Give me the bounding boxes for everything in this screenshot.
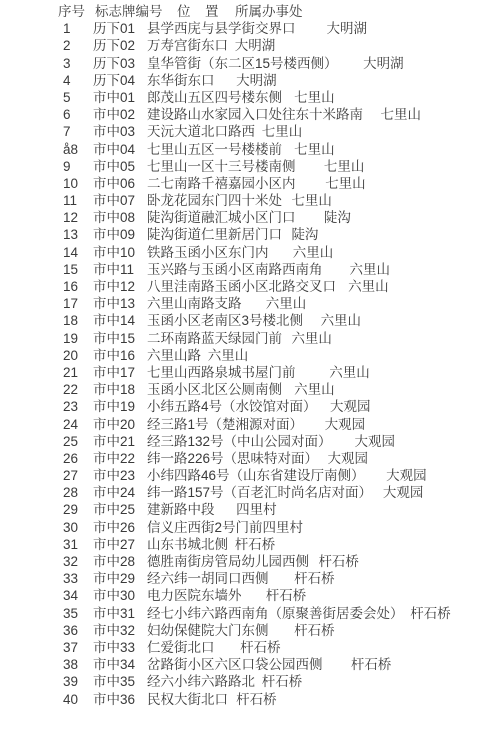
row-location: 玉兴路与玉函小区南路西南角六里山 xyxy=(147,261,390,278)
row-gap-spacer xyxy=(255,135,262,136)
row-location-text: 岔路街小区六区口袋公园西侧 xyxy=(147,657,323,672)
row-sign-id: 市中32 xyxy=(93,622,135,639)
row-sign-id: 市中18 xyxy=(93,381,135,398)
row-serial-number: 11 xyxy=(63,192,77,209)
table-row: 31 市中27 山东书城北侧杆石桥 xyxy=(0,536,499,553)
row-sign-id: 历下03 xyxy=(93,55,135,72)
row-office: 六里山 xyxy=(294,382,335,397)
row-office: 大明湖 xyxy=(363,56,404,71)
row-office: 大观园 xyxy=(330,399,371,414)
table-row: 6 市中02 建设路山水家园入口处往东十米路南七里山 xyxy=(0,106,499,123)
table-rows: 1 历下01 县学西庑与县学街交界口大明湖 2 历下02 万寿宫街东口大明湖 3… xyxy=(0,20,499,708)
row-serial-number: 25 xyxy=(63,433,78,450)
row-serial-number: 17 xyxy=(63,295,78,312)
row-sign-id: 市中36 xyxy=(93,691,135,708)
row-location-text: 六里山南路支路 xyxy=(147,296,242,311)
row-location-text: 郎茂山五区四号楼东侧 xyxy=(147,90,282,105)
row-sign-id: 市中20 xyxy=(93,416,135,433)
row-location: 仁爱街北口杆石桥 xyxy=(147,639,281,656)
row-serial-number: 12 xyxy=(63,209,78,226)
row-location-text: 仁爱街北口 xyxy=(147,640,215,655)
row-location-text: 建新路中段 xyxy=(147,502,215,517)
row-serial-number: 13 xyxy=(63,226,78,243)
row-office: 七里山 xyxy=(381,107,422,122)
row-office: 四里村 xyxy=(236,502,277,517)
row-sign-id: 市中30 xyxy=(93,587,135,604)
table-row: 22 市中18 玉函小区北区公厕南侧六里山 xyxy=(0,381,499,398)
row-sign-id: 市中33 xyxy=(93,639,135,656)
row-location-text: 经六纬一胡同口西侧 xyxy=(147,571,269,586)
row-serial-number: 34 xyxy=(63,587,78,604)
table-row: 17 市中13 六里山南路支路六里山 xyxy=(0,295,499,312)
row-office: 杆石桥 xyxy=(410,606,451,621)
row-gap-spacer xyxy=(365,479,387,480)
row-serial-number: 21 xyxy=(63,364,78,381)
row-gap-spacer xyxy=(269,256,293,257)
table-row: 20 市中16 六里山路六里山 xyxy=(0,347,499,364)
table-row: 2 历下02 万寿宫街东口大明湖 xyxy=(0,37,499,54)
row-gap-spacer xyxy=(269,634,295,635)
row-location-text: 玉函小区北区公厕南侧 xyxy=(147,382,282,397)
row-sign-id: 历下01 xyxy=(93,20,135,37)
row-gap-spacer xyxy=(269,582,295,583)
row-serial-number: 4 xyxy=(63,72,71,89)
table-row: 1 历下01 县学西庑与县学街交界口大明湖 xyxy=(0,20,499,37)
table-row: 24 市中20 经三路1号（楚湘源对面）大观园 xyxy=(0,416,499,433)
table-row: 34 市中30 电力医院东墙外杆石桥 xyxy=(0,587,499,604)
row-location-text: 陡沟街道仁里新居门口 xyxy=(147,227,282,242)
row-sign-id: 市中03 xyxy=(93,123,135,140)
row-location-text: 七里山一区十三号楼南侧 xyxy=(147,159,296,174)
row-location-text: 小纬四路46号（山东省建设厅南侧） xyxy=(147,468,365,483)
row-location-text: 天沅大道北口路西 xyxy=(147,124,255,139)
row-location: 纬一路157号（百老汇时尚名店对面）大观园 xyxy=(147,484,423,501)
row-sign-id: 市中15 xyxy=(93,330,135,347)
row-serial-number: 38 xyxy=(63,656,78,673)
table-row: 30 市中26 信义庄西街2号门前四里村 xyxy=(0,519,499,536)
row-sign-id: 历下02 xyxy=(93,37,135,54)
row-office: 大观园 xyxy=(325,417,366,432)
table-row: 19 市中15 二环南路蓝天绿园门前六里山 xyxy=(0,330,499,347)
table-row: 18 市中14 玉函小区老南区3号楼北侧六里山 xyxy=(0,312,499,329)
row-location: 铁路玉函小区东门内六里山 xyxy=(147,244,333,261)
row-gap-spacer xyxy=(242,599,266,600)
row-office: 大明湖 xyxy=(236,73,277,88)
row-gap-spacer xyxy=(296,32,327,33)
row-location: 万寿宫街东口大明湖 xyxy=(147,37,275,54)
row-gap-spacer xyxy=(303,324,321,325)
row-sign-id: 市中13 xyxy=(93,295,135,312)
row-office: 杆石桥 xyxy=(262,674,303,689)
table-row: 10 市中06 二七南路千禧嘉园小区内七里山 xyxy=(0,175,499,192)
row-gap-spacer xyxy=(228,49,235,50)
row-office: 杆石桥 xyxy=(266,588,307,603)
row-sign-id: 市中11 xyxy=(93,261,134,278)
table-row: 16 市中12 八里洼南路玉函小区北路交叉口六里山 xyxy=(0,278,499,295)
row-location-text: 县学西庑与县学街交界口 xyxy=(147,21,296,36)
row-sign-id: 市中07 xyxy=(93,192,135,209)
table-row: 38 市中34 岔路街小区六区口袋公园西侧杆石桥 xyxy=(0,656,499,673)
row-location: 东华街东口大明湖 xyxy=(147,72,277,89)
header-location-char2: 置 xyxy=(205,3,219,20)
row-gap-spacer xyxy=(323,668,351,669)
row-location: 民权大街北口杆石桥 xyxy=(147,691,277,708)
table-row: 35 市中31 经七小纬六路西南角（原聚善街居委会处）杆石桥 xyxy=(0,605,499,622)
row-location-text: 山东书城北侧 xyxy=(147,537,228,552)
row-office: 六里山 xyxy=(350,262,391,277)
table-row: å8 市中04 七里山五区一号楼楼前七里山 xyxy=(0,141,499,158)
row-serial-number: 7 xyxy=(63,123,71,140)
row-office: 大明湖 xyxy=(235,38,276,53)
row-location-text: 民权大街北口 xyxy=(147,692,228,707)
row-office: 六里山 xyxy=(348,279,389,294)
table-row: 11 市中07 卧龙花园东门四十米处七里山 xyxy=(0,192,499,209)
row-location: 天沅大道北口路西七里山 xyxy=(147,123,302,140)
table-row: 27 市中23 小纬四路46号（山东省建设厅南侧）大观园 xyxy=(0,467,499,484)
row-serial-number: 14 xyxy=(63,244,78,261)
row-serial-number: 24 xyxy=(63,416,78,433)
row-serial-number: 36 xyxy=(63,622,78,639)
row-serial-number: 27 xyxy=(63,467,78,484)
row-sign-id: 市中12 xyxy=(93,278,135,295)
row-location-text: 七里山五区一号楼楼前 xyxy=(147,142,282,157)
row-office: 杆石桥 xyxy=(351,657,392,672)
row-serial-number: 6 xyxy=(63,106,71,123)
row-location-text: 玉函小区老南区3号楼北侧 xyxy=(147,313,303,328)
row-gap-spacer xyxy=(296,187,326,188)
table-header: 序号 标志牌编号 位 置 所属办事处 xyxy=(0,3,499,20)
row-serial-number: 5 xyxy=(63,89,71,106)
table-row: 12 市中08 陡沟街道融汇城小区门口陡沟 xyxy=(0,209,499,226)
table-row: 23 市中19 小纬五路4号（水饺馆对面）大观园 xyxy=(0,398,499,415)
row-sign-id: 市中05 xyxy=(93,158,135,175)
header-serial-number: 序号 xyxy=(58,3,85,20)
table-row: 32 市中28 德胜南街房管局幼儿园西侧杆石桥 xyxy=(0,553,499,570)
table-row: 3 历下03 皇华管街（东二区15号楼西侧）大明湖 xyxy=(0,55,499,72)
row-sign-id: 市中19 xyxy=(93,398,135,415)
row-location: 七里山一区十三号楼南侧七里山 xyxy=(147,158,364,175)
row-sign-id: 市中24 xyxy=(93,484,135,501)
row-location: 六里山南路支路六里山 xyxy=(147,295,306,312)
row-serial-number: 37 xyxy=(63,639,78,656)
table-row: 25 市中21 经三路132号（中山公园对面）大观园 xyxy=(0,433,499,450)
row-office: 大观园 xyxy=(327,451,368,466)
row-location: 陡沟街道仁里新居门口陡沟 xyxy=(147,226,318,243)
sign-location-list-page: 序号 标志牌编号 位 置 所属办事处 1 历下01 县学西庑与县学街交界口大明湖… xyxy=(0,0,499,730)
header-location-char1: 位 xyxy=(177,3,191,20)
row-serial-number: 22 xyxy=(63,381,78,398)
row-office: 六里山 xyxy=(329,365,370,380)
row-location-text: 纬一路157号（百老汇时尚名店对面） xyxy=(147,485,372,500)
row-sign-id: 市中29 xyxy=(93,570,135,587)
row-office: 七里山 xyxy=(262,124,303,139)
row-gap-spacer xyxy=(336,290,348,291)
row-gap-spacer xyxy=(282,153,294,154)
row-serial-number: 31 xyxy=(63,536,78,553)
table-row: 4 历下04 东华街东口大明湖 xyxy=(0,72,499,89)
row-serial-number: 29 xyxy=(63,501,78,518)
row-location-text: 东华街东口 xyxy=(147,73,215,88)
row-location: 信义庄西街2号门前四里村 xyxy=(147,519,303,536)
row-serial-number: 30 xyxy=(63,519,78,536)
row-sign-id: 市中06 xyxy=(93,175,135,192)
row-gap-spacer xyxy=(332,445,355,446)
row-office: 六里山 xyxy=(291,331,332,346)
row-gap-spacer xyxy=(363,118,381,119)
row-serial-number: 39 xyxy=(63,673,78,690)
row-serial-number: 20 xyxy=(63,347,78,364)
table-row: 36 市中32 妇幼保健院大门东侧杆石桥 xyxy=(0,622,499,639)
row-location: 经七小纬六路西南角（原聚善街居委会处）杆石桥 xyxy=(147,605,451,622)
row-location: 八里洼南路玉函小区北路交叉口六里山 xyxy=(147,278,389,295)
row-serial-number: 18 xyxy=(63,312,78,329)
row-office: 杆石桥 xyxy=(236,692,277,707)
row-location: 山东书城北侧杆石桥 xyxy=(147,536,275,553)
row-location-text: 六里山路 xyxy=(147,348,201,363)
table-row: 21 市中17 七里山西路泉城书屋门前六里山 xyxy=(0,364,499,381)
table-row: 26 市中22 纬一路226号（思味特对面）大观园 xyxy=(0,450,499,467)
row-office: 陡沟 xyxy=(324,210,351,225)
row-sign-id: 市中28 xyxy=(93,553,135,570)
row-serial-number: 10 xyxy=(63,175,78,192)
row-gap-spacer xyxy=(372,496,383,497)
table-row: 37 市中33 仁爱街北口杆石桥 xyxy=(0,639,499,656)
row-sign-id: 市中10 xyxy=(93,244,135,261)
row-office: 杆石桥 xyxy=(235,537,276,552)
row-office: 七里山 xyxy=(294,90,335,105)
row-office: 杆石桥 xyxy=(318,554,359,569)
row-sign-id: 市中08 xyxy=(93,209,135,226)
row-sign-id: 市中27 xyxy=(93,536,135,553)
row-serial-number: å8 xyxy=(63,141,78,158)
row-sign-id: 市中35 xyxy=(93,673,135,690)
row-gap-spacer xyxy=(242,307,266,308)
row-location-text: 纬一路226号（思味特对面） xyxy=(147,451,318,466)
row-location-text: 妇幼保健院大门东侧 xyxy=(147,623,269,638)
row-location: 二七南路千禧嘉园小区内七里山 xyxy=(147,175,366,192)
row-sign-id: 市中34 xyxy=(93,656,135,673)
row-gap-spacer xyxy=(228,548,235,549)
row-sign-id: 市中25 xyxy=(93,501,135,518)
row-serial-number: 3 xyxy=(63,55,71,72)
row-gap-spacer xyxy=(303,428,325,429)
row-office: 六里山 xyxy=(293,245,334,260)
table-row: 5 市中01 郎茂山五区四号楼东侧七里山 xyxy=(0,89,499,106)
row-location-text: 玉兴路与玉函小区南路西南角 xyxy=(147,262,323,277)
row-gap-spacer xyxy=(282,393,294,394)
row-serial-number: 26 xyxy=(63,450,78,467)
row-location-text: 经七小纬六路西南角（原聚善街居委会处） xyxy=(147,606,404,621)
row-location-text: 经三路132号（中山公园对面） xyxy=(147,434,332,449)
row-gap-spacer xyxy=(296,170,324,171)
row-serial-number: 33 xyxy=(63,570,78,587)
row-sign-id: 市中22 xyxy=(93,450,135,467)
row-serial-number: 23 xyxy=(63,398,78,415)
row-serial-number: 9 xyxy=(63,158,71,175)
row-location: 经三路1号（楚湘源对面）大观园 xyxy=(147,416,365,433)
row-serial-number: 28 xyxy=(63,484,78,501)
row-serial-number: 40 xyxy=(63,691,78,708)
row-office: 六里山 xyxy=(208,348,249,363)
row-sign-id: 市中02 xyxy=(93,106,135,123)
row-office: 七里山 xyxy=(291,193,332,208)
row-sign-id: 市中17 xyxy=(93,364,135,381)
row-office: 六里山 xyxy=(321,313,362,328)
row-office: 七里山 xyxy=(324,159,365,174)
row-location: 小纬四路46号（山东省建设厅南侧）大观园 xyxy=(147,467,427,484)
row-sign-id: 市中23 xyxy=(93,467,135,484)
row-location: 陡沟街道融汇城小区门口陡沟 xyxy=(147,209,351,226)
row-location: 县学西庑与县学街交界口大明湖 xyxy=(147,20,367,37)
row-sign-id: 市中01 xyxy=(93,89,135,106)
row-location: 经六纬一胡同口西侧杆石桥 xyxy=(147,570,335,587)
row-location: 玉函小区老南区3号楼北侧六里山 xyxy=(147,312,361,329)
row-location-text: 德胜南街房管局幼儿园西侧 xyxy=(147,554,309,569)
row-gap-spacer xyxy=(296,376,330,377)
row-gap-spacer xyxy=(215,513,237,514)
row-location-text: 八里洼南路玉函小区北路交叉口 xyxy=(147,279,336,294)
row-location: 建设路山水家园入口处往东十米路南七里山 xyxy=(147,106,421,123)
table-row: 28 市中24 纬一路157号（百老汇时尚名店对面）大观园 xyxy=(0,484,499,501)
table-row: 15 市中11 玉兴路与玉函小区南路西南角六里山 xyxy=(0,261,499,278)
row-gap-spacer xyxy=(215,84,237,85)
row-office: 七里山 xyxy=(325,176,366,191)
row-sign-id: 市中26 xyxy=(93,519,135,536)
row-sign-id: 市中14 xyxy=(93,312,135,329)
row-location: 德胜南街房管局幼儿园西侧杆石桥 xyxy=(147,553,359,570)
table-row: 33 市中29 经六纬一胡同口西侧杆石桥 xyxy=(0,570,499,587)
row-location-text: 铁路玉函小区东门内 xyxy=(147,245,269,260)
row-gap-spacer xyxy=(296,221,324,222)
header-sign-id: 标志牌编号 xyxy=(95,3,163,20)
row-location: 小纬五路4号（水饺馆对面）大观园 xyxy=(147,398,371,415)
table-row: 9 市中05 七里山一区十三号楼南侧七里山 xyxy=(0,158,499,175)
row-location-text: 二环南路蓝天绿园门前 xyxy=(147,331,282,346)
row-gap-spacer xyxy=(255,685,262,686)
row-location: 卧龙花园东门四十米处七里山 xyxy=(147,192,332,209)
row-serial-number: 16 xyxy=(63,278,78,295)
row-office: 七里山 xyxy=(294,142,335,157)
row-sign-id: 市中04 xyxy=(93,141,135,158)
row-office: 大观园 xyxy=(354,434,395,449)
row-location-text: 小纬五路4号（水饺馆对面） xyxy=(147,399,317,414)
row-gap-spacer xyxy=(215,651,241,652)
row-location-text: 万寿宫街东口 xyxy=(147,38,228,53)
row-office: 杆石桥 xyxy=(294,571,335,586)
table-row: 39 市中35 经六小纬六路路北杆石桥 xyxy=(0,673,499,690)
row-sign-id: 市中21 xyxy=(93,433,135,450)
row-location: 郎茂山五区四号楼东侧七里山 xyxy=(147,89,335,106)
row-location: 玉函小区北区公厕南侧六里山 xyxy=(147,381,335,398)
row-gap-spacer xyxy=(323,273,350,274)
row-location-text: 经六小纬六路路北 xyxy=(147,674,255,689)
row-location-text: 卧龙花园东门四十米处 xyxy=(147,193,282,208)
row-location: 六里山路六里山 xyxy=(147,347,248,364)
row-location: 皇华管街（东二区15号楼西侧）大明湖 xyxy=(147,55,404,72)
row-location: 二环南路蓝天绿园门前六里山 xyxy=(147,330,332,347)
row-location: 纬一路226号（思味特对面）大观园 xyxy=(147,450,368,467)
row-location: 经六小纬六路路北杆石桥 xyxy=(147,673,302,690)
table-row: 13 市中09 陡沟街道仁里新居门口陡沟 xyxy=(0,226,499,243)
row-sign-id: 市中16 xyxy=(93,347,135,364)
row-location-text: 皇华管街（东二区15号楼西侧） xyxy=(147,56,338,71)
row-sign-id: 市中31 xyxy=(93,605,135,622)
row-location: 电力医院东墙外杆石桥 xyxy=(147,587,306,604)
row-location-text: 二七南路千禧嘉园小区内 xyxy=(147,176,296,191)
row-office: 大明湖 xyxy=(327,21,368,36)
row-sign-id: 市中09 xyxy=(93,226,135,243)
row-office: 大观园 xyxy=(386,468,427,483)
row-serial-number: 35 xyxy=(63,605,78,622)
row-gap-spacer xyxy=(282,101,294,102)
row-office: 大观园 xyxy=(383,485,424,500)
row-location-text: 陡沟街道融汇城小区门口 xyxy=(147,210,296,225)
row-location-text: 经三路1号（楚湘源对面） xyxy=(147,417,303,432)
row-office: 杆石桥 xyxy=(240,640,281,655)
row-location: 妇幼保健院大门东侧杆石桥 xyxy=(147,622,335,639)
row-location: 岔路街小区六区口袋公园西侧杆石桥 xyxy=(147,656,391,673)
row-location-text: 七里山西路泉城书屋门前 xyxy=(147,365,296,380)
row-location-text: 建设路山水家园入口处往东十米路南 xyxy=(147,107,363,122)
row-gap-spacer xyxy=(201,359,208,360)
row-office: 四里村 xyxy=(263,520,304,535)
row-office: 六里山 xyxy=(266,296,307,311)
table-row: 14 市中10 铁路玉函小区东门内六里山 xyxy=(0,244,499,261)
row-office: 杆石桥 xyxy=(294,623,335,638)
row-serial-number: 32 xyxy=(63,553,78,570)
row-serial-number: 2 xyxy=(63,37,71,54)
header-office: 所属办事处 xyxy=(235,3,303,20)
row-location: 七里山五区一号楼楼前七里山 xyxy=(147,141,335,158)
row-gap-spacer xyxy=(228,703,236,704)
row-location-text: 信义庄西街2号门前 xyxy=(147,520,263,535)
table-row: 29 市中25 建新路中段四里村 xyxy=(0,501,499,518)
row-serial-number: 15 xyxy=(63,261,78,278)
table-row: 40 市中36 民权大街北口杆石桥 xyxy=(0,691,499,708)
row-location: 经三路132号（中山公园对面）大观园 xyxy=(147,433,395,450)
row-location: 建新路中段四里村 xyxy=(147,501,277,518)
row-sign-id: 历下04 xyxy=(93,72,135,89)
row-location-text: 电力医院东墙外 xyxy=(147,588,242,603)
table-row: 7 市中03 天沅大道北口路西七里山 xyxy=(0,123,499,140)
row-serial-number: 19 xyxy=(63,330,78,347)
row-gap-spacer xyxy=(317,410,331,411)
row-location: 七里山西路泉城书屋门前六里山 xyxy=(147,364,370,381)
row-gap-spacer xyxy=(338,67,364,68)
row-office: 陡沟 xyxy=(291,227,318,242)
row-serial-number: 1 xyxy=(63,20,71,37)
